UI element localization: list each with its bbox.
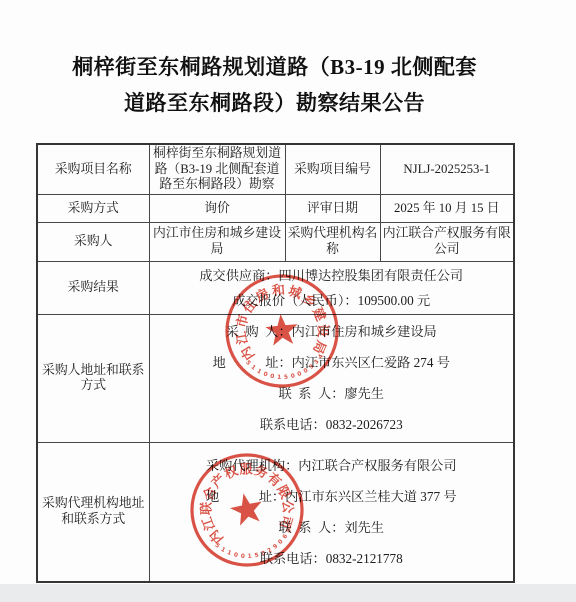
agency-name-value: 内江联合产权服务有限公司 — [380, 222, 514, 261]
project-number-value: NJLJ-2025253-1 — [380, 144, 514, 194]
project-name-value: 桐梓街至东桐路规划道路（B3-19 北侧配套道路至东桐路段）勘察 — [149, 144, 285, 194]
buyer-address-line: 地 址：内江市东兴区仁爱路 274 号 — [152, 347, 512, 378]
scanned-announcement-page: 桐梓街至东桐路规划道路（B3-19 北侧配套 道路至东桐路段）勘察结果公告 采购… — [0, 0, 576, 602]
agency-contact-value: 采购代理机构：内江联合产权服务有限公司 地 址：内江市东兴区兰桂大道 377 号… — [149, 442, 514, 582]
agency-name-line: 采购代理机构：内江联合产权服务有限公司 — [152, 450, 512, 481]
table-row: 采购结果 成交供应商：四川博达控股集团有限责任公司 成交报价（人民币）：1095… — [37, 261, 514, 314]
agency-phone-line: 联系电话：0832-2121778 — [152, 543, 512, 574]
project-number-label: 采购项目编号 — [285, 144, 380, 194]
table-row: 采购人地址和联系方式 采 购 人：内江市住房和城乡建设局 地 址：内江市东兴区仁… — [37, 314, 514, 442]
table-row: 采购方式 询价 评审日期 2025 年 10 月 15 日 — [37, 194, 514, 222]
result-label: 采购结果 — [37, 261, 149, 314]
buyer-contact-value: 采 购 人：内江市住房和城乡建设局 地 址：内江市东兴区仁爱路 274 号 联 … — [149, 314, 514, 442]
agency-name-label: 采购代理机构名称 — [285, 222, 380, 261]
buyer-value: 内江市住房和城乡建设局 — [149, 222, 285, 261]
review-date-label: 评审日期 — [285, 194, 380, 222]
scan-edge-band — [0, 584, 576, 602]
table-row: 采购代理机构地址和联系方式 采购代理机构：内江联合产权服务有限公司 地 址：内江… — [37, 442, 514, 582]
buyer-contact-name-line: 联 系 人：廖先生 — [152, 378, 512, 409]
agency-contact-label: 采购代理机构地址和联系方式 — [37, 442, 149, 582]
project-name-label: 采购项目名称 — [37, 144, 149, 194]
procurement-method-value: 询价 — [149, 194, 285, 222]
result-value: 成交供应商：四川博达控股集团有限责任公司 成交报价（人民币）：109500.00… — [149, 261, 514, 314]
buyer-label: 采购人 — [37, 222, 149, 261]
result-price-line: 成交报价（人民币）：109500.00 元 — [152, 288, 512, 313]
buyer-contact-person-line: 采 购 人：内江市住房和城乡建设局 — [152, 316, 512, 347]
page-title: 桐梓街至东桐路规划道路（B3-19 北侧配套 道路至东桐路段）勘察结果公告 — [36, 49, 513, 121]
review-date-value: 2025 年 10 月 15 日 — [380, 194, 514, 222]
table-row: 采购人 内江市住房和城乡建设局 采购代理机构名称 内江联合产权服务有限公司 — [37, 222, 514, 261]
procurement-method-label: 采购方式 — [37, 194, 149, 222]
agency-address-line: 地 址：内江市东兴区兰桂大道 377 号 — [152, 481, 512, 512]
agency-contact-name-line: 联 系 人：刘先生 — [152, 512, 512, 543]
buyer-contact-label: 采购人地址和联系方式 — [37, 314, 149, 442]
table-row: 采购项目名称 桐梓街至东桐路规划道路（B3-19 北侧配套道路至东桐路段）勘察 … — [37, 144, 514, 194]
buyer-phone-line: 联系电话：0832-2026723 — [152, 409, 512, 440]
result-supplier-line: 成交供应商：四川博达控股集团有限责任公司 — [152, 263, 512, 288]
announcement-table: 采购项目名称 桐梓街至东桐路规划道路（B3-19 北侧配套道路至东桐路段）勘察 … — [36, 143, 515, 583]
page-title-line-1: 桐梓街至东桐路规划道路（B3-19 北侧配套 — [36, 49, 513, 85]
page-title-line-2: 道路至东桐路段）勘察结果公告 — [36, 85, 513, 121]
